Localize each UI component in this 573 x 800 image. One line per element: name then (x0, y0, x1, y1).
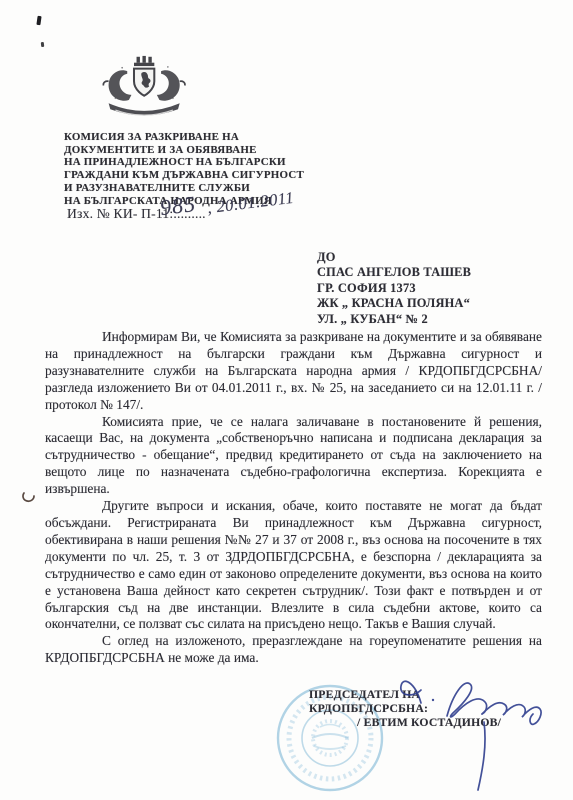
coat-of-arms-icon (90, 54, 200, 134)
body-paragraph: Информирам Ви, че Комисията за разкриван… (45, 329, 542, 414)
recipient-line: СПАС АНГЕЛОВ ТАШЕВ (317, 265, 471, 280)
scan-artifact-mark (41, 42, 45, 47)
letter-body: Информирам Ви, че Комисията за разкриван… (45, 329, 542, 667)
scanned-letter-page: КОМИСИЯ ЗА РАЗКРИВАНЕ НА ДОКУМЕНТИТЕ И З… (0, 0, 573, 800)
recipient-line: ДО (317, 250, 471, 265)
body-paragraph: Комисията прие, че се налага заличаване … (45, 414, 542, 499)
scan-artifact-curl (21, 488, 37, 504)
handwritten-ref-number: 985 (159, 191, 198, 221)
recipient-block: ДО СПАС АНГЕЛОВ ТАШЕВ ГР. СОФИЯ 1373 ЖК … (317, 250, 471, 327)
recipient-line: ГР. СОФИЯ 1373 (317, 281, 471, 296)
org-name-line: КОМИСИЯ ЗА РАЗКРИВАНЕ НА (64, 131, 374, 144)
body-paragraph: Другите въпроси и искания, обаче, които … (45, 498, 542, 633)
recipient-line: ЖК „ КРАСНА ПОЛЯНА“ (317, 296, 471, 311)
scan-artifact-mark (36, 16, 41, 25)
ref-label: Изх. № КИ- П-11: (67, 206, 173, 221)
org-name-line: ГРАЖДАНИ КЪМ ДЪРЖАВНА СИГУРНОСТ (64, 169, 374, 182)
handwritten-signature (270, 655, 573, 800)
org-name-line: НА ПРИНАДЛЕЖНОСТ НА БЪЛГАРСКИ (64, 156, 374, 169)
org-name-line: И РАЗУЗНАВАТЕЛНИТЕ СЛУЖБИ (64, 182, 374, 195)
org-name-line: ДОКУМЕНТИТЕ И ЗА ОБЯВЯВАНЕ (64, 144, 374, 157)
recipient-line: УЛ. „ КУБАН“ № 2 (317, 312, 471, 327)
